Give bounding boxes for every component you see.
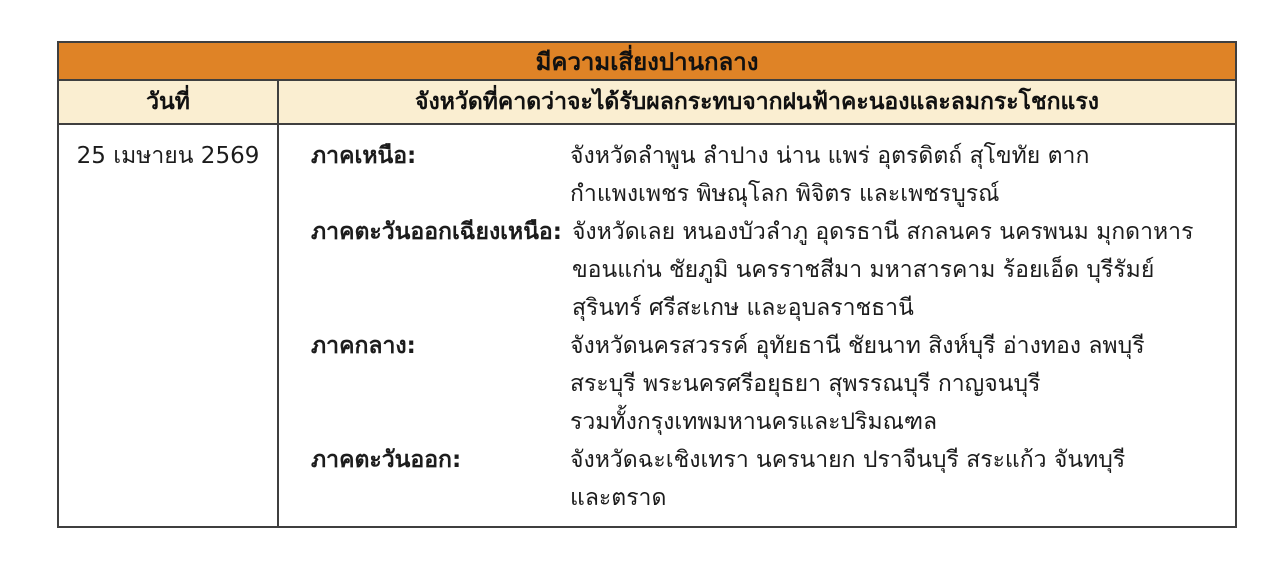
risk-level-header: มีความเสี่ยงปานกลาง (59, 43, 1235, 81)
column-header-row: วันที่ จังหวัดที่คาดว่าจะได้รับผลกระทบจา… (59, 81, 1235, 125)
region-row-central: ภาคกลาง: จังหวัดนครสวรรค์ อุทัยธานี ชัยน… (311, 327, 1217, 441)
region-provinces: จังหวัดฉะเชิงเทรา นครนายก ปราจีนบุรี สระ… (570, 441, 1217, 517)
region-label: ภาคกลาง: (311, 327, 570, 365)
region-label: ภาคตะวันออก: (311, 441, 570, 479)
page: มีความเสี่ยงปานกลาง วันที่ จังหวัดที่คาด… (0, 0, 1280, 577)
region-row-north: ภาคเหนือ: จังหวัดลำพูน ลำปาง น่าน แพร่ อ… (311, 137, 1217, 213)
region-provinces: จังหวัดลำพูน ลำปาง น่าน แพร่ อุตรดิตถ์ ส… (570, 137, 1217, 213)
region-label: ภาคตะวันออกเฉียงเหนือ: (311, 213, 572, 251)
date-cell: 25 เมษายน 2569 (59, 125, 279, 526)
date-column-header: วันที่ (59, 81, 279, 123)
region-row-northeast: ภาคตะวันออกเฉียงเหนือ: จังหวัดเลย หนองบั… (311, 213, 1217, 327)
region-label: ภาคเหนือ: (311, 137, 570, 175)
risk-table: มีความเสี่ยงปานกลาง วันที่ จังหวัดที่คาด… (57, 41, 1237, 528)
provinces-column-header: จังหวัดที่คาดว่าจะได้รับผลกระทบจากฝนฟ้าค… (279, 81, 1235, 123)
region-list: ภาคเหนือ: จังหวัดลำพูน ลำปาง น่าน แพร่ อ… (279, 125, 1235, 517)
region-provinces: จังหวัดเลย หนองบัวลำภู อุดรธานี สกลนคร น… (572, 213, 1217, 327)
table-row: 25 เมษายน 2569 ภาคเหนือ: จังหวัดลำพูน ลำ… (59, 125, 1235, 526)
region-provinces: จังหวัดนครสวรรค์ อุทัยธานี ชัยนาท สิงห์บ… (570, 327, 1217, 441)
region-row-east: ภาคตะวันออก: จังหวัดฉะเชิงเทรา นครนายก ป… (311, 441, 1217, 517)
provinces-cell: ภาคเหนือ: จังหวัดลำพูน ลำปาง น่าน แพร่ อ… (279, 125, 1235, 526)
